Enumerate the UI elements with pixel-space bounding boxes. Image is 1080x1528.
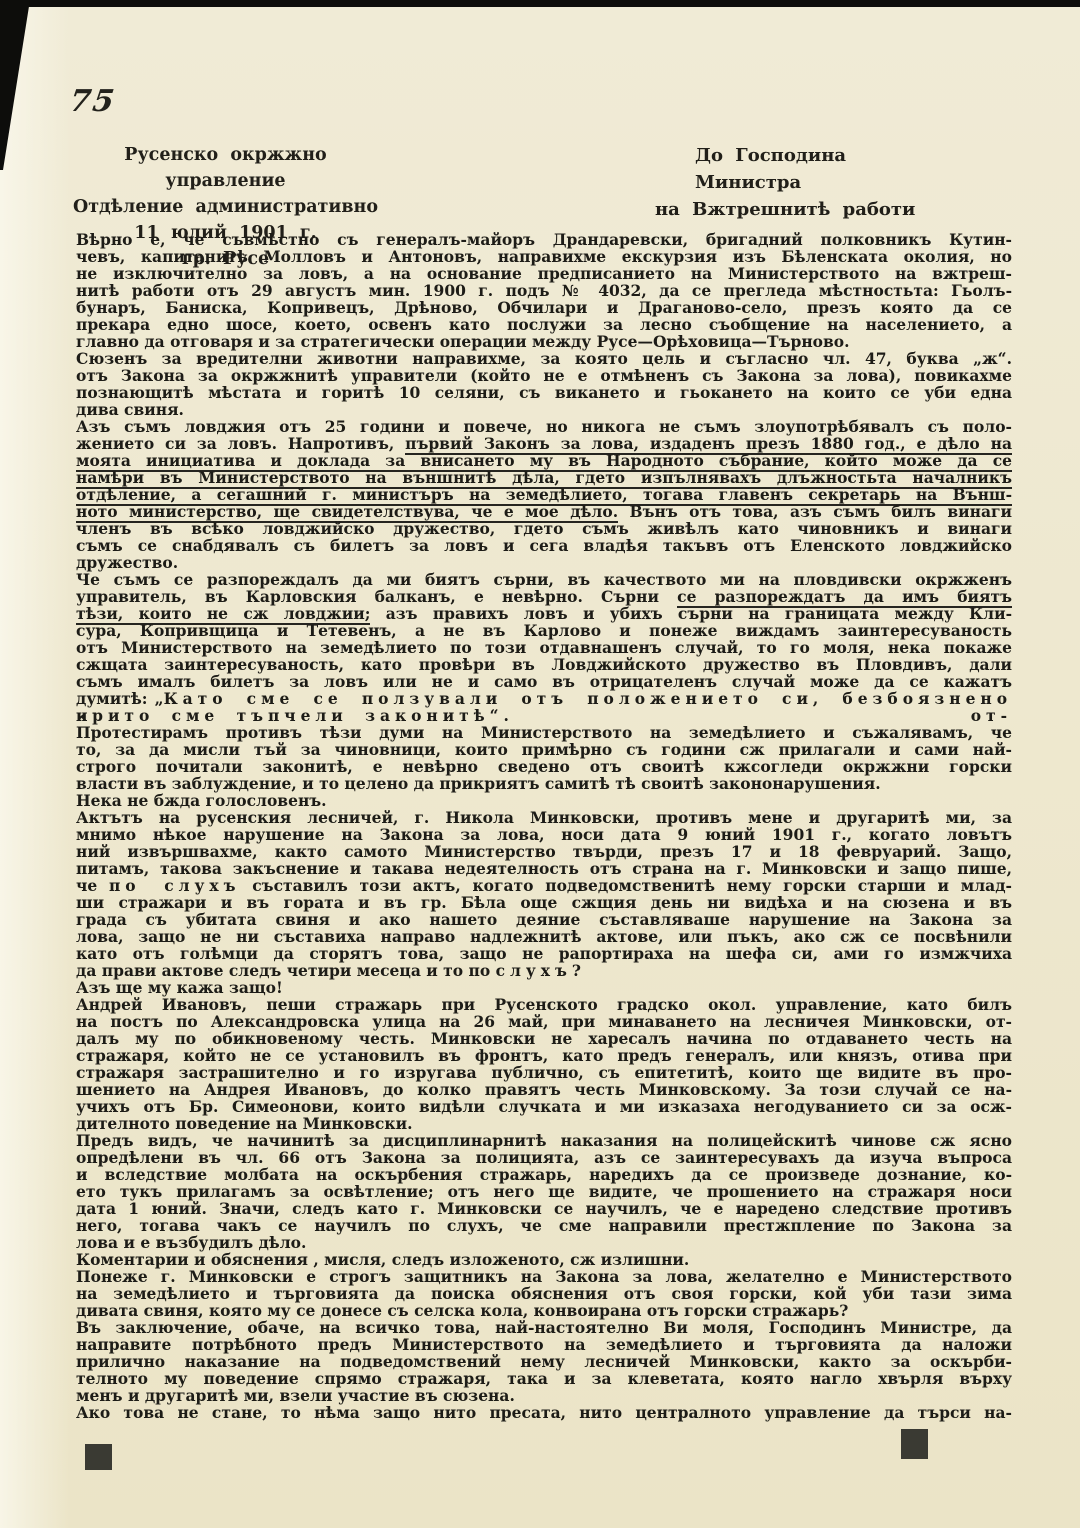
- text-line: на земедѣлието и търговията да поиска об…: [76, 1285, 1012, 1302]
- text-line: сжщата заинтересуваность, като провѣри в…: [76, 656, 1012, 673]
- text-line: Предъ видъ, че начинитѣ за дисциплинарни…: [76, 1132, 1012, 1149]
- text-line: като отъ голѣмци да сторятъ това, защо н…: [76, 945, 1012, 962]
- text-line: че по слухъ съставилъ този актъ, когато …: [76, 877, 1012, 894]
- text-line: то, за да мисли тъй за чиновници, които …: [76, 741, 1012, 758]
- text-line: телното му поведение спрямо стражаря, та…: [76, 1370, 1012, 1387]
- addressee-line: на Вжтрешнитѣ работи: [645, 196, 935, 223]
- text-line: Въ заключение, обаче, на всичко това, на…: [76, 1319, 1012, 1336]
- text-line: ето тукъ прилагамъ за освѣтление; отъ не…: [76, 1183, 1012, 1200]
- text-line: съмъ ималъ билетъ за ловъ или не и само …: [76, 673, 1012, 690]
- text-line: ний извършвахме, както самото Министерст…: [76, 843, 1012, 860]
- text-line: лова, защо не ни съставиха направо надле…: [76, 928, 1012, 945]
- scan-mark-left: [85, 1444, 112, 1470]
- text-line: него, тогава чакъ се научилъ по слухъ, ч…: [76, 1217, 1012, 1234]
- text-line: членъ въ всѣко ловджийско дружество, где…: [76, 520, 1012, 537]
- text-line: на постъ по Александровска улица на 26 м…: [76, 1013, 1012, 1030]
- text-line: града съ убитата свиня и ако нашето деян…: [76, 911, 1012, 928]
- text-line: не изключително за ловъ, а на основание …: [76, 265, 1012, 282]
- text-line: дружество.: [76, 554, 1012, 571]
- text-line: и вследствие молбата на оскърбения страж…: [76, 1166, 1012, 1183]
- text-line: управитель, въ Карловския балканъ, е нев…: [76, 588, 1012, 605]
- text-line: отъ Министерството на земедѣлието по тоз…: [76, 639, 1012, 656]
- text-line: питамъ, такова закъснение и такава недея…: [76, 860, 1012, 877]
- text-line: жението си за ловъ. Напротивъ, първий За…: [76, 435, 1012, 452]
- addressee-line: До Господина Министра: [645, 142, 935, 196]
- text-line: направите потрѣбното предъ Министерствот…: [76, 1336, 1012, 1353]
- text-line: стражаря застрашително и го изругава пуб…: [76, 1064, 1012, 1081]
- text-line: дивата свиня, която му се донесе съ селс…: [76, 1302, 1012, 1319]
- text-line: чевъ, капитанитѣ Молловъ и Антоновъ, нап…: [76, 248, 1012, 265]
- text-line: бунаръ, Баниска, Копривецъ, Дрѣново, Обч…: [76, 299, 1012, 316]
- text-line: отъ Закона за окржжнитѣ управители (койт…: [76, 367, 1012, 384]
- text-line: моята инициатива и доклада за внисането …: [76, 452, 1012, 469]
- page-number: 75: [68, 84, 119, 119]
- text-line: Азъ съмъ ловджия отъ 25 години и повече,…: [76, 418, 1012, 435]
- text-line: учихъ отъ Бр. Симеонови, които видѣли сл…: [76, 1098, 1012, 1115]
- text-line: шението на Андрея Ивановъ, до колко прав…: [76, 1081, 1012, 1098]
- scanned-document-page: 75 Русенско окржжно управление Отдѣление…: [0, 0, 1080, 1528]
- document-body: Вѣрно е, че съвмѣстно съ генералъ-майоръ…: [76, 231, 1012, 1421]
- text-line: мнимо нѣкое нарушение на Закона за лова,…: [76, 826, 1012, 843]
- text-line: тѣзи, които не сж ловджии; азъ правихъ л…: [76, 605, 1012, 622]
- text-line: дата 1 юний. Значи, следъ като г. Минков…: [76, 1200, 1012, 1217]
- text-line: главно да отговаря и за стратегически оп…: [76, 333, 1012, 350]
- text-line: Андрей Ивановъ, пеши стражарь при Русенс…: [76, 996, 1012, 1013]
- text-line: Нека не бжда голословенъ.: [76, 792, 1012, 809]
- text-line: познающитѣ мѣстата и горитѣ 10 селяни, с…: [76, 384, 1012, 401]
- text-line: съмъ се снабдявалъ съ билетъ за ловъ и с…: [76, 537, 1012, 554]
- text-line: лова и е възбудилъ дѣло.: [76, 1234, 1012, 1251]
- scan-edge-top: [0, 0, 1080, 7]
- addressee-block: До Господина Министра на Вжтрешнитѣ рабо…: [645, 142, 935, 223]
- text-line: прилично наказание на подведомствений не…: [76, 1353, 1012, 1370]
- text-line: Протестирамъ противъ тѣзи думи на Минист…: [76, 724, 1012, 741]
- text-line: власти въ заблуждение, и то целено да пр…: [76, 775, 1012, 792]
- scan-mark-right: [901, 1429, 928, 1459]
- text-line: намѣри въ Министерството на външнитѣ дѣл…: [76, 469, 1012, 486]
- text-line: Че съмъ се разпореждалъ да ми биятъ сърн…: [76, 571, 1012, 588]
- text-line: Азъ ще му кажа защо!: [76, 979, 1012, 996]
- text-line: Актътъ на русенския лесничей, г. Никола …: [76, 809, 1012, 826]
- sender-department: Отдѣление административно: [68, 194, 383, 220]
- text-line: строго почитали законитѣ, е невѣрно свед…: [76, 758, 1012, 775]
- text-line: ши стражари и въ гората и въ гр. Бѣла ощ…: [76, 894, 1012, 911]
- text-line: менъ и другаритѣ ми, взели участие въ сю…: [76, 1387, 1012, 1404]
- text-line: Коментарии и обяснения , мисля, следъ из…: [76, 1251, 1012, 1268]
- text-line: сура, Копривщица и Тетевенъ, а не въ Кар…: [76, 622, 1012, 639]
- text-line: дителното поведение на Минковски.: [76, 1115, 1012, 1132]
- sender-office: Русенско окржжно управление: [68, 142, 383, 194]
- text-line: отдѣление, а сегашний г. министъръ на зе…: [76, 486, 1012, 503]
- scan-corner-shadow: [0, 0, 30, 170]
- text-line: ното министерство, ще свидетелствува, че…: [76, 503, 1012, 520]
- text-line: Понеже г. Минковски е строгъ защитникъ н…: [76, 1268, 1012, 1285]
- text-line: думитѣ: „Като сме се ползували отъ полож…: [76, 690, 1012, 707]
- text-line: стражаря, който не се установилъ въ фрон…: [76, 1047, 1012, 1064]
- text-line: прекара едно шосе, което, освенъ като по…: [76, 316, 1012, 333]
- text-line: опредѣлени въ чл. 66 отъ Закона за полиц…: [76, 1149, 1012, 1166]
- text-line: дива свиня.: [76, 401, 1012, 418]
- text-line: Сюзенъ за вредителни животни направихме,…: [76, 350, 1012, 367]
- text-line: нитѣ работи отъ 29 августъ мин. 1900 г. …: [76, 282, 1012, 299]
- text-line: да прави актове следъ четири месеца и то…: [76, 962, 1012, 979]
- text-line: Ако това не стане, то нѣма защо нито пре…: [76, 1404, 1012, 1421]
- text-line: Вѣрно е, че съвмѣстно съ генералъ-майоръ…: [76, 231, 1012, 248]
- text-line: далъ му по обикновеному честь. Минковски…: [76, 1030, 1012, 1047]
